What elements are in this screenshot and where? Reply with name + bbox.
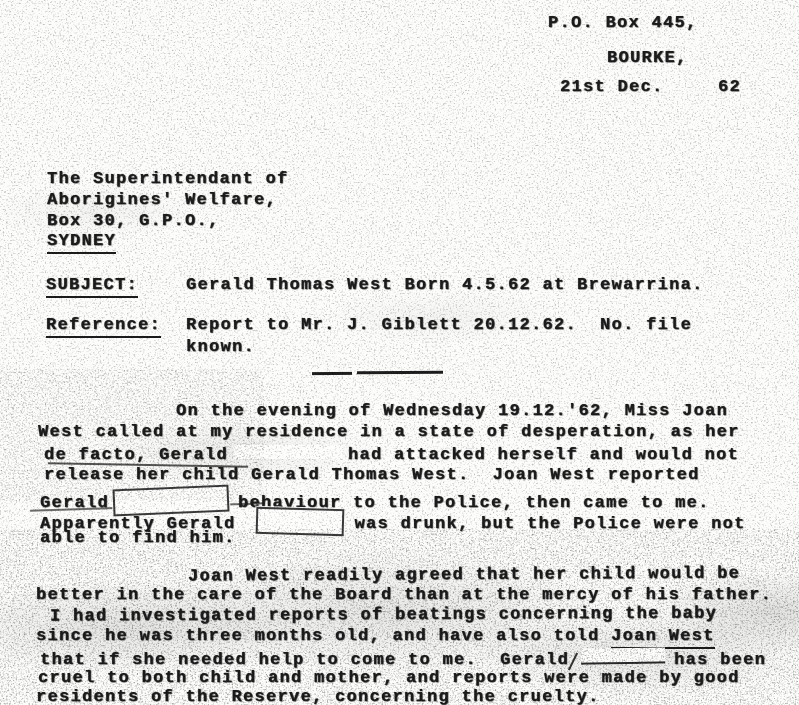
divider-line (357, 371, 443, 375)
para1-line-2: West called at my residence in a state o… (38, 423, 740, 443)
underlined-name: Joan West (611, 627, 715, 649)
reference-label: Reference: (46, 316, 161, 336)
redaction-box (255, 507, 344, 536)
para1-line-3: de facto, Geraldhad attacked herself and… (44, 445, 739, 466)
po-box-line: P.O. Box 445, (548, 14, 698, 34)
para2-line-1: Joan West readily agreed that her child … (188, 565, 740, 588)
text-segment: since he was three months old, and have … (36, 627, 611, 646)
scan-artifact-mark (568, 653, 578, 671)
para2-line-5: that if she needed help to come to me. G… (40, 648, 766, 671)
para1-line-1: On the evening of Wednesday 19.12.'62, M… (176, 402, 728, 422)
reference-value-line-2: known. (186, 338, 255, 358)
divider-line (312, 372, 352, 375)
para2-line-4: since he was three months old, and have … (36, 627, 715, 647)
para2-line-3: I had investigated reports of beatings c… (50, 605, 717, 628)
year-line: 62 (718, 78, 741, 98)
date-line: 21st Dec. (560, 78, 664, 98)
para1-line-7: able to find him. (40, 529, 236, 549)
scanned-letter-page: P.O. Box 445, BOURKE, 21st Dec. 62 The S… (0, 0, 799, 705)
para2-line-2: better in the care of the Board than at … (36, 586, 772, 606)
reference-value-line-1: Report to Mr. J. Giblett 20.12.62. No. f… (186, 316, 692, 336)
redaction-blank (234, 445, 342, 459)
text-segment: has been (674, 651, 766, 670)
recipient-line-4: SYDNEY (47, 232, 116, 252)
reference-label-text: Reference: (46, 316, 161, 338)
text-segment: that if she needed help to come to me. G… (40, 651, 569, 670)
recipient-line-2: Aborigines' Welfare, (47, 191, 277, 211)
subject-value: Gerald Thomas West Born 4.5.62 at Brewar… (186, 276, 704, 296)
recipient-line-1: The Superintendant of (47, 170, 289, 190)
para1-line-4: release her child Gerald Thomas West. Jo… (44, 466, 700, 486)
recipient-line-3: Box 30, G.P.O., (47, 212, 220, 232)
para2-line-7: residents of the Reserve, concerning the… (36, 688, 600, 705)
subject-label-text: SUBJECT: (46, 276, 138, 298)
text-segment: had attacked herself and would not (348, 446, 739, 465)
text-segment: was drunk, but the Police were not (355, 515, 746, 534)
town-line: BOURKE, (607, 49, 688, 69)
redaction-blank (581, 647, 665, 664)
para2-line-6: cruel to both child and mother, and repo… (38, 669, 740, 689)
subject-label: SUBJECT: (46, 276, 138, 296)
recipient-city: SYDNEY (47, 232, 116, 254)
